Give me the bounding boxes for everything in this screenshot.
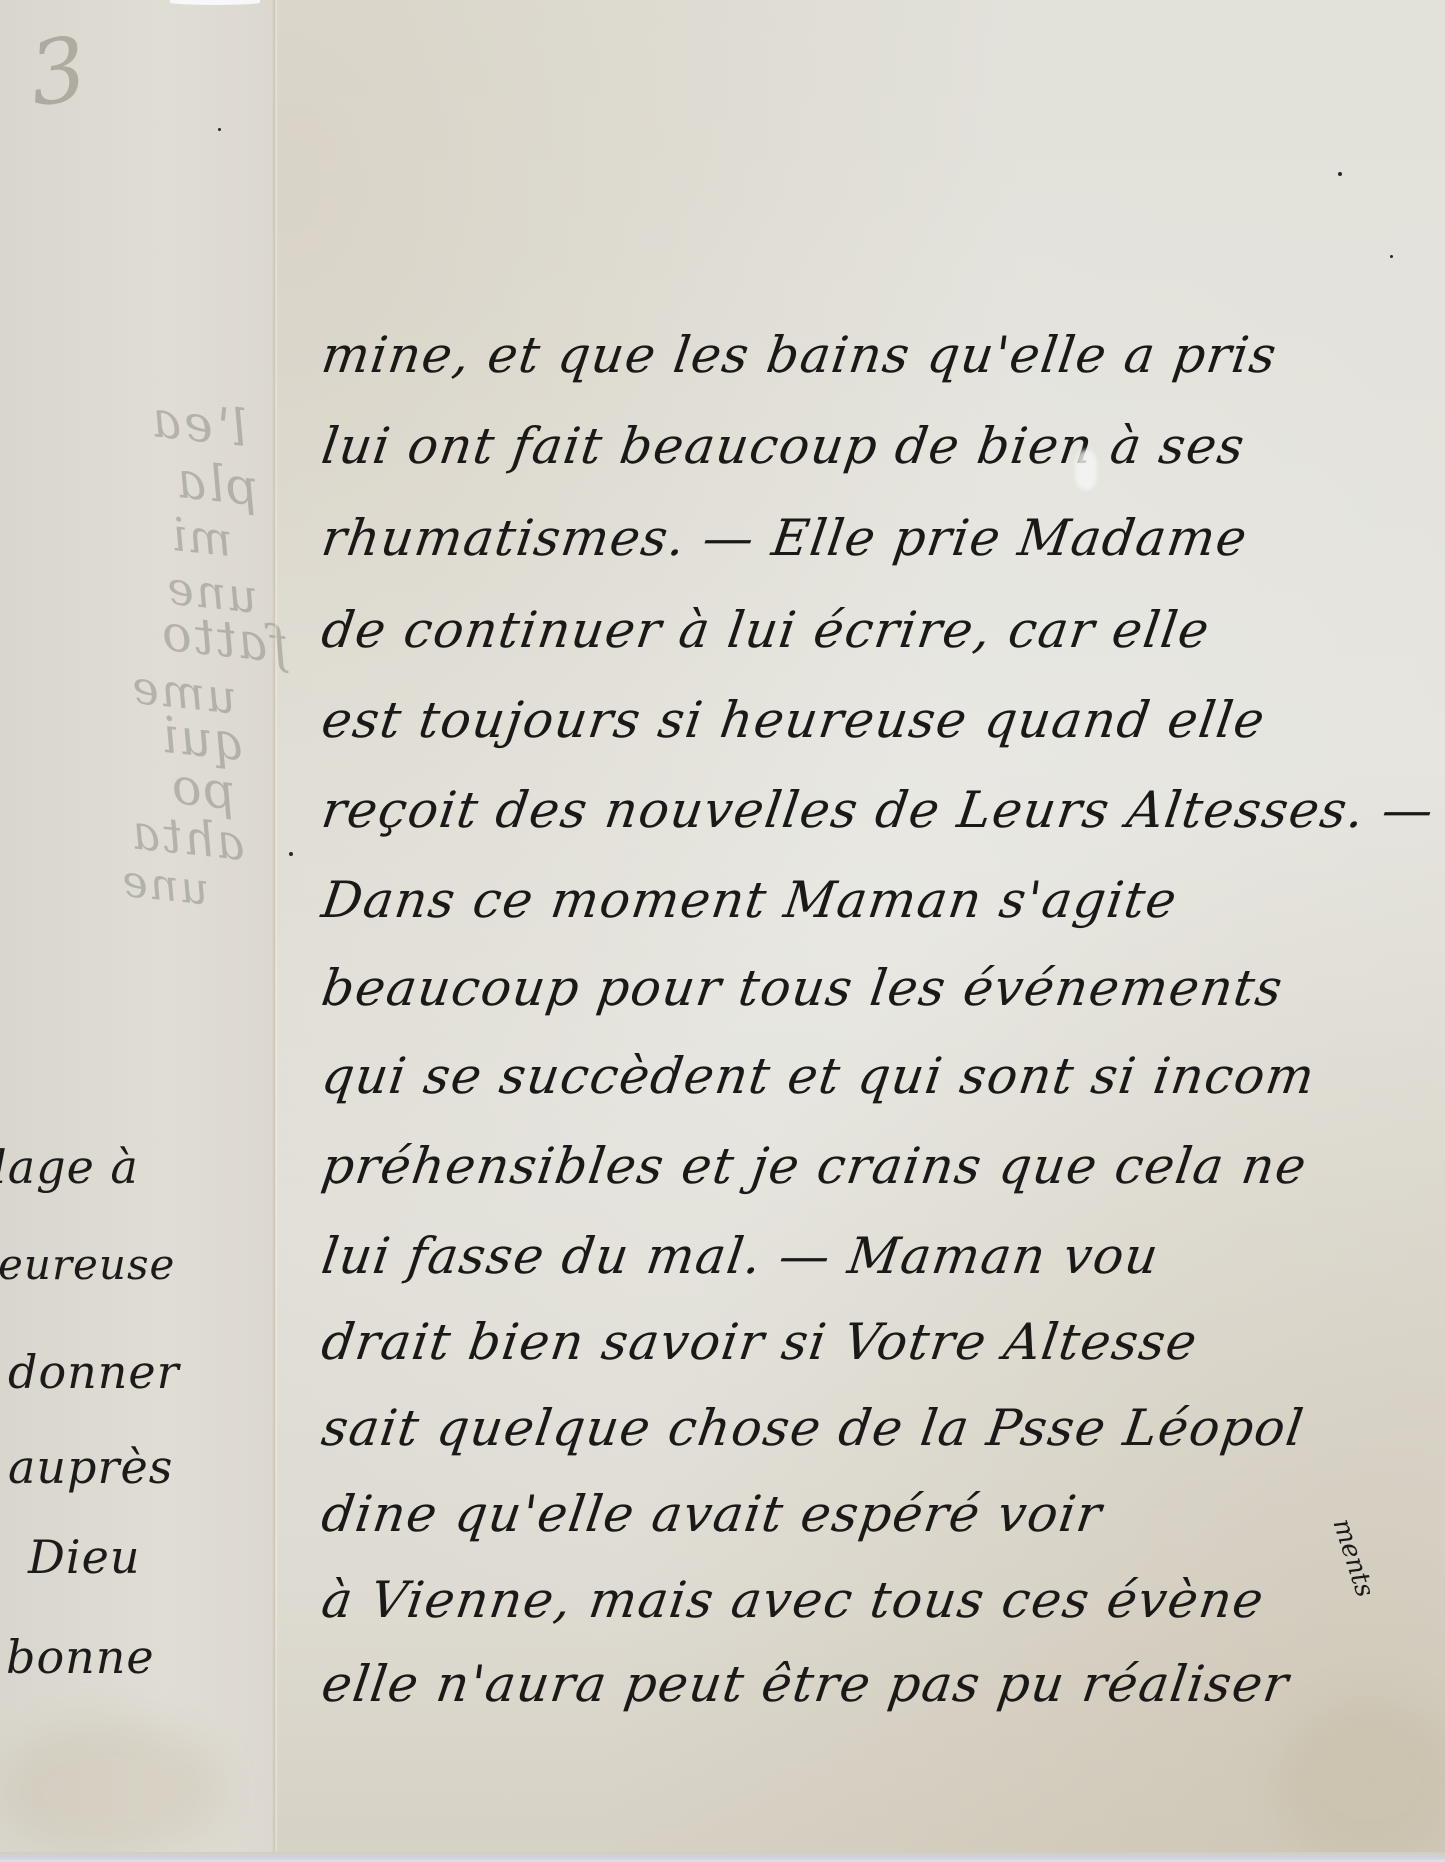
letter-line-13: sait quelque chose de la Psse Léopol [318,1398,1445,1458]
text-fragment: heureuse [0,1240,175,1289]
letter-photo: 3 l'ea pla mi une fatto ume qui po ahta … [0,0,1445,1862]
letter-line-15: à Vienne, mais avec tous ces évène [318,1570,1445,1630]
bleed-through-line: mi [167,507,235,567]
top-edge-notch [170,0,260,5]
letter-line-14: dine qu'elle avait espéré voir [318,1484,1445,1544]
ink-speck [1338,172,1342,176]
letter-line-12: drait bien savoir si Votre Altesse [318,1312,1445,1372]
ink-smudge [1075,450,1097,490]
letter-line-10: préhensibles et je crains que cela ne [318,1136,1445,1196]
paper-stain [0,1720,220,1860]
text-fragment: Dieu [28,1530,140,1584]
letter-line-9: qui se succèdent et qui sont si incom [318,1046,1445,1106]
letter-line-11: lui fasse du mal. — Maman vou [318,1226,1445,1286]
paper-fold-line [272,0,278,1862]
ink-speck [1390,255,1393,258]
page-number-mark: 3 [23,17,93,127]
letter-line-16: elle n'aura peut être pas pu réaliser [318,1654,1445,1714]
text-fragment: donner [8,1345,180,1399]
text-fragment: auprès [8,1440,173,1494]
bleed-through-line: une [118,856,212,916]
text-fragment: lage à [0,1140,139,1194]
bleed-through-line: l'ea [147,390,250,458]
paper-bottom-edge [0,1852,1445,1862]
letter-line-5: est toujours si heureuse quand elle [318,690,1445,750]
letter-line-8: beaucoup pour tous les événements [318,958,1445,1018]
letter-line-3: rhumatismes. — Elle prie Madame [318,508,1445,568]
left-page-strip: 3 l'ea pla mi une fatto ume qui po ahta … [0,0,275,1862]
ink-speck [289,852,293,856]
ink-speck [218,128,221,131]
letter-line-4: de continuer à lui écrire, car elle [318,600,1445,660]
text-fragment: bonne [6,1630,155,1684]
letter-line-1: mine, et que les bains qu'elle a pris [318,325,1445,385]
letter-line-6: reçoit des nouvelles de Leurs Altesses. … [318,780,1445,840]
letter-line-7: Dans ce moment Maman s'agite [318,870,1445,930]
letter-main-page: mine, et que les bains qu'elle a pris lu… [300,0,1445,1862]
letter-line-2: lui ont fait beaucoup de bien à ses [318,416,1445,476]
